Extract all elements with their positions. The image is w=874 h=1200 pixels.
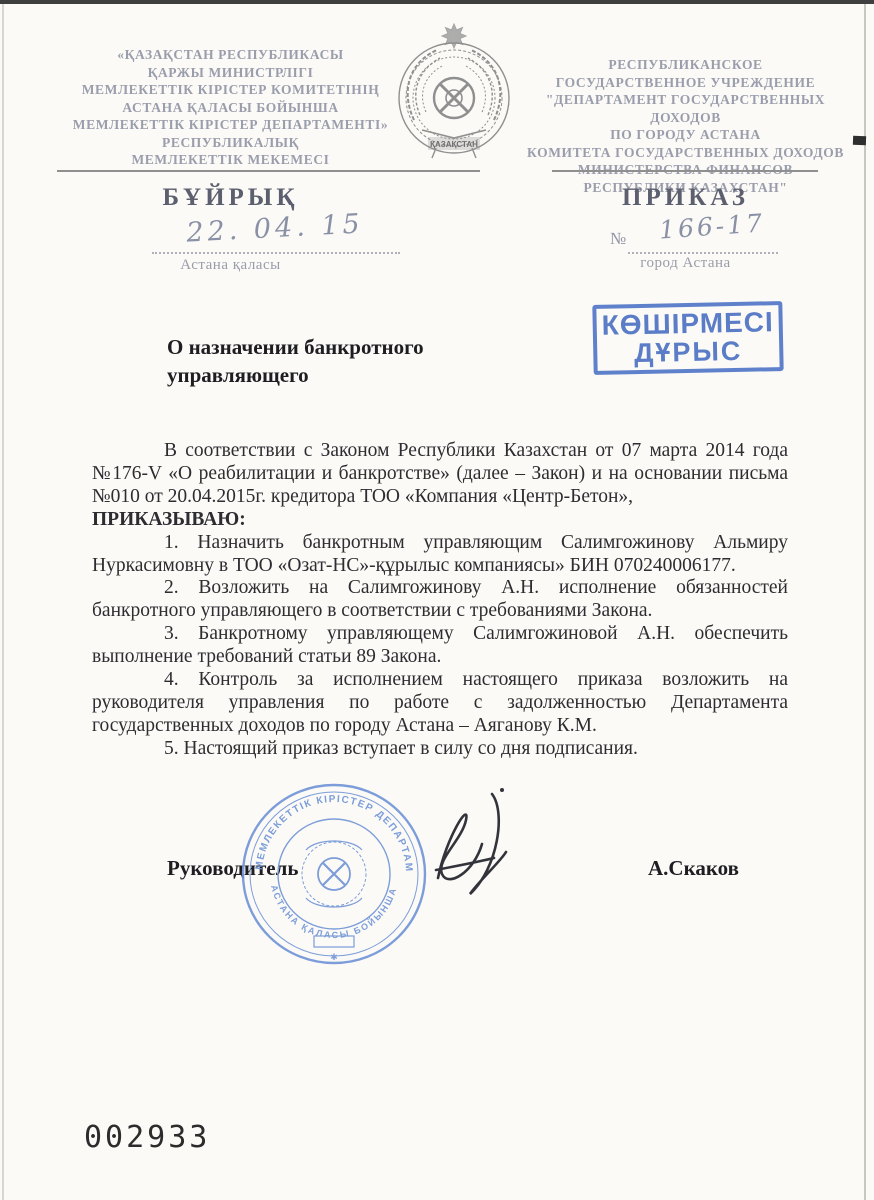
- org-line: ҚАРЖЫ МИНИСТРЛІГІ: [58, 64, 403, 82]
- org-line: ПО ГОРОДУ АСТАНА: [518, 126, 853, 144]
- order-item-5: 5. Настоящий приказ вступает в силу со д…: [92, 738, 788, 761]
- order-item-3: 3. Банкротному управляющему Салимгожинов…: [92, 623, 788, 669]
- subject-line: О назначении банкротного: [167, 334, 587, 362]
- round-official-seal: МЕМЛЕКЕТТІК КІРІСТЕР ДЕПАРТАМЕНТІ АСТАНА…: [236, 778, 432, 970]
- header-divider-left: [57, 170, 480, 172]
- org-line: МЕМЛЕКЕТТІК КІРІСТЕР ДЕПАРТАМЕНТІ»: [58, 116, 403, 134]
- scanned-order-document: «ҚАЗАҚСТАН РЕСПУБЛИКАСЫ ҚАРЖЫ МИНИСТРЛІГ…: [0, 0, 874, 1200]
- copy-correct-stamp: КӨШІРМЕСІ ДҰРЫС: [592, 301, 783, 375]
- scan-edge-mark: [853, 136, 866, 145]
- seal-rim-text-bottom: АСТАНА ҚАЛАСЫ БОЙЫНША: [269, 884, 399, 940]
- order-item-4: 4. Контроль за исполнением настоящего пр…: [92, 669, 788, 738]
- emblem-caption: ҚАЗАҚСТАН: [430, 140, 478, 149]
- header-divider-right: [552, 170, 818, 172]
- org-line: РЕСПУБЛИКАНСКОЕ: [518, 56, 853, 74]
- date-fill-line: [152, 251, 400, 254]
- org-line: ГОСУДАРСТВЕННОЕ УЧРЕЖДЕНИЕ: [518, 74, 853, 92]
- order-title-kazakh: БҰЙРЫҚ: [58, 184, 403, 212]
- org-line: АСТАНА ҚАЛАСЫ БОЙЫНША: [58, 99, 403, 117]
- svg-text:АСТАНА ҚАЛАСЫ БОЙЫНША: АСТАНА ҚАЛАСЫ БОЙЫНША: [269, 884, 399, 940]
- intro-paragraph: В соответствии с Законом Республики Каза…: [92, 440, 788, 509]
- order-item-2: 2. Возложить на Салимгожинову А.Н. испол…: [92, 577, 788, 623]
- copy-stamp-line1: КӨШІРМЕСІ: [601, 308, 774, 340]
- org-line: МЕМЛЕКЕТТІК МЕКЕМЕСІ: [58, 151, 403, 169]
- org-line: «ҚАЗАҚСТАН РЕСПУБЛИКАСЫ: [58, 46, 403, 64]
- scan-left-edge: [2, 4, 4, 1200]
- org-line: РЕСПУБЛИКАЛЫҚ: [58, 134, 403, 152]
- subject-line: управляющего: [167, 362, 587, 390]
- order-title-russian: ПРИКАЗ: [518, 184, 853, 212]
- org-line: МЕМЛЕКЕТТІК КІРІСТЕР КОМИТЕТІНІҢ: [58, 81, 403, 99]
- copy-stamp-line2: ДҰРЫС: [634, 336, 743, 367]
- form-serial-number: 002933: [84, 1120, 210, 1155]
- signer-name: А.Скаков: [648, 856, 739, 881]
- kazakhstan-coat-of-arms-icon: ҚАЗАҚСТАН: [392, 20, 516, 170]
- org-line: "ДЕПАРТАМЕНТ ГОСУДАРСТВЕННЫХ ДОХОДОВ: [518, 91, 853, 126]
- resolve-word: ПРИКАЗЫВАЮ:: [92, 509, 788, 532]
- place-russian: город Астана: [518, 255, 853, 272]
- order-body: В соответствии с Законом Республики Каза…: [92, 440, 788, 761]
- number-fill-line: [628, 251, 778, 254]
- org-line: КОМИТЕТА ГОСУДАРСТВЕННЫХ ДОХОДОВ: [518, 144, 853, 162]
- handwritten-date: 22. 04. 15: [149, 206, 400, 250]
- number-sign: №: [610, 229, 626, 249]
- order-item-1: 1. Назначить банкротным управляющим Сали…: [92, 532, 788, 578]
- place-kazakh: Астана қаласы: [58, 257, 403, 274]
- letterhead-russian-org: РЕСПУБЛИКАНСКОЕ ГОСУДАРСТВЕННОЕ УЧРЕЖДЕН…: [518, 56, 853, 196]
- order-subject: О назначении банкротного управляющего: [167, 334, 587, 389]
- handwritten-order-number: 166-17: [645, 207, 779, 245]
- scan-right-edge: [864, 4, 866, 1200]
- seal-star: ✱: [330, 952, 338, 962]
- scan-top-edge: [0, 0, 874, 4]
- letterhead-kazakh-org: «ҚАЗАҚСТАН РЕСПУБЛИКАСЫ ҚАРЖЫ МИНИСТРЛІГ…: [58, 46, 403, 169]
